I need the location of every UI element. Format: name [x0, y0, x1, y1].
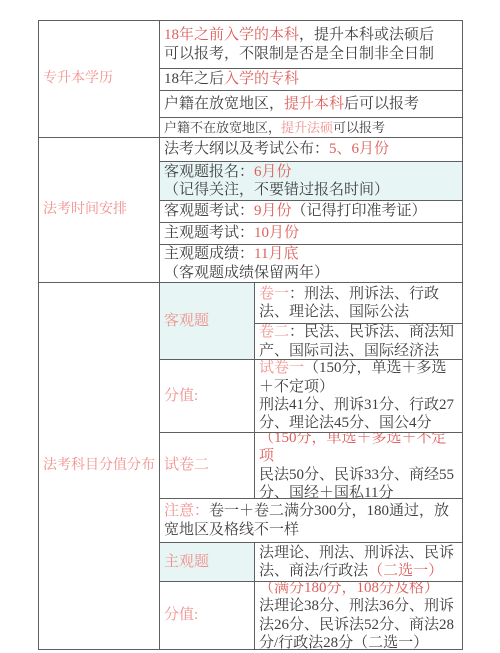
cell-paper2-subjects: 卷二：民法、民诉法、商法知产、国际司法、国际经济法	[255, 324, 463, 360]
cell-relaxed-region-resident: 户籍在放宽地区，提升本科后可以报考	[160, 91, 463, 118]
cell-pre-2018-bachelor: 18年之前入学的本科，提升本科或法硕后可以报考，不限制是否是全日制非全日制	[160, 21, 463, 69]
cell-paper1-scores: 试卷一（150分，单选＋多选＋不定项）刑法41分、刑诉31分、行政27分、理论法…	[255, 360, 463, 433]
cell-non-relaxed-region-resident: 户籍不在放宽地区，提升法硕可以报考	[160, 118, 463, 138]
cell-outline-announce: 法考大纲以及考试公布：5、6月份	[160, 138, 463, 162]
cell-objective-registration: 客观题报名：6月份（记得关注，不要错过报名时间）	[160, 162, 463, 201]
section-label-upgrade-education: 专升本学历	[39, 21, 160, 138]
cell-objective-exam-date: 客观题考试：9月份（记得打印准考证）	[160, 201, 463, 223]
section-label-exam-schedule: 法考时间安排	[39, 138, 160, 283]
cell-subjective-subjects: 法理论、刑法、刑诉法、民诉法、商法/行政法（二选一）	[255, 543, 463, 582]
cell-subjective-exam-date: 主观题考试：10月份	[160, 223, 463, 245]
section-label-score-distribution: 法考科目分值分布	[39, 283, 160, 650]
cell-score-label-2: 分值:	[160, 582, 255, 650]
cell-subjective-scores: （满分180分，108分及格）法理论38分、刑法36分、刑诉法26分、民诉法52…	[255, 582, 463, 650]
cell-post-2018-college: 18年之后入学的专科	[160, 69, 463, 91]
law-exam-info-table: 专升本学历 18年之前入学的本科，提升本科或法硕后可以报考，不限制是否是全日制非…	[38, 20, 463, 650]
cell-subjective-results: 主观题成绩：11月底（客观题成绩保留两年）	[160, 245, 463, 283]
cell-subjective-header: 主观题	[160, 543, 255, 582]
cell-paper2-label: 试卷二	[160, 433, 255, 499]
cell-score-label-1: 分值:	[160, 360, 255, 433]
page: 专升本学历 18年之前入学的本科，提升本科或法硕后可以报考，不限制是否是全日制非…	[0, 0, 500, 653]
cell-paper2-scores: （150分，单选＋多选＋不定项民法50分、民诉33分、商经55分、国经＋国私11…	[255, 433, 463, 499]
cell-paper1-subjects: 卷一：刑法、刑诉法、行政法、理论法、国际公法	[255, 283, 463, 324]
cell-objective-header: 客观题	[160, 283, 255, 360]
cell-pass-score-note: 注意：卷一＋卷二满分300分，180通过，放宽地区及格线不一样	[160, 499, 463, 543]
